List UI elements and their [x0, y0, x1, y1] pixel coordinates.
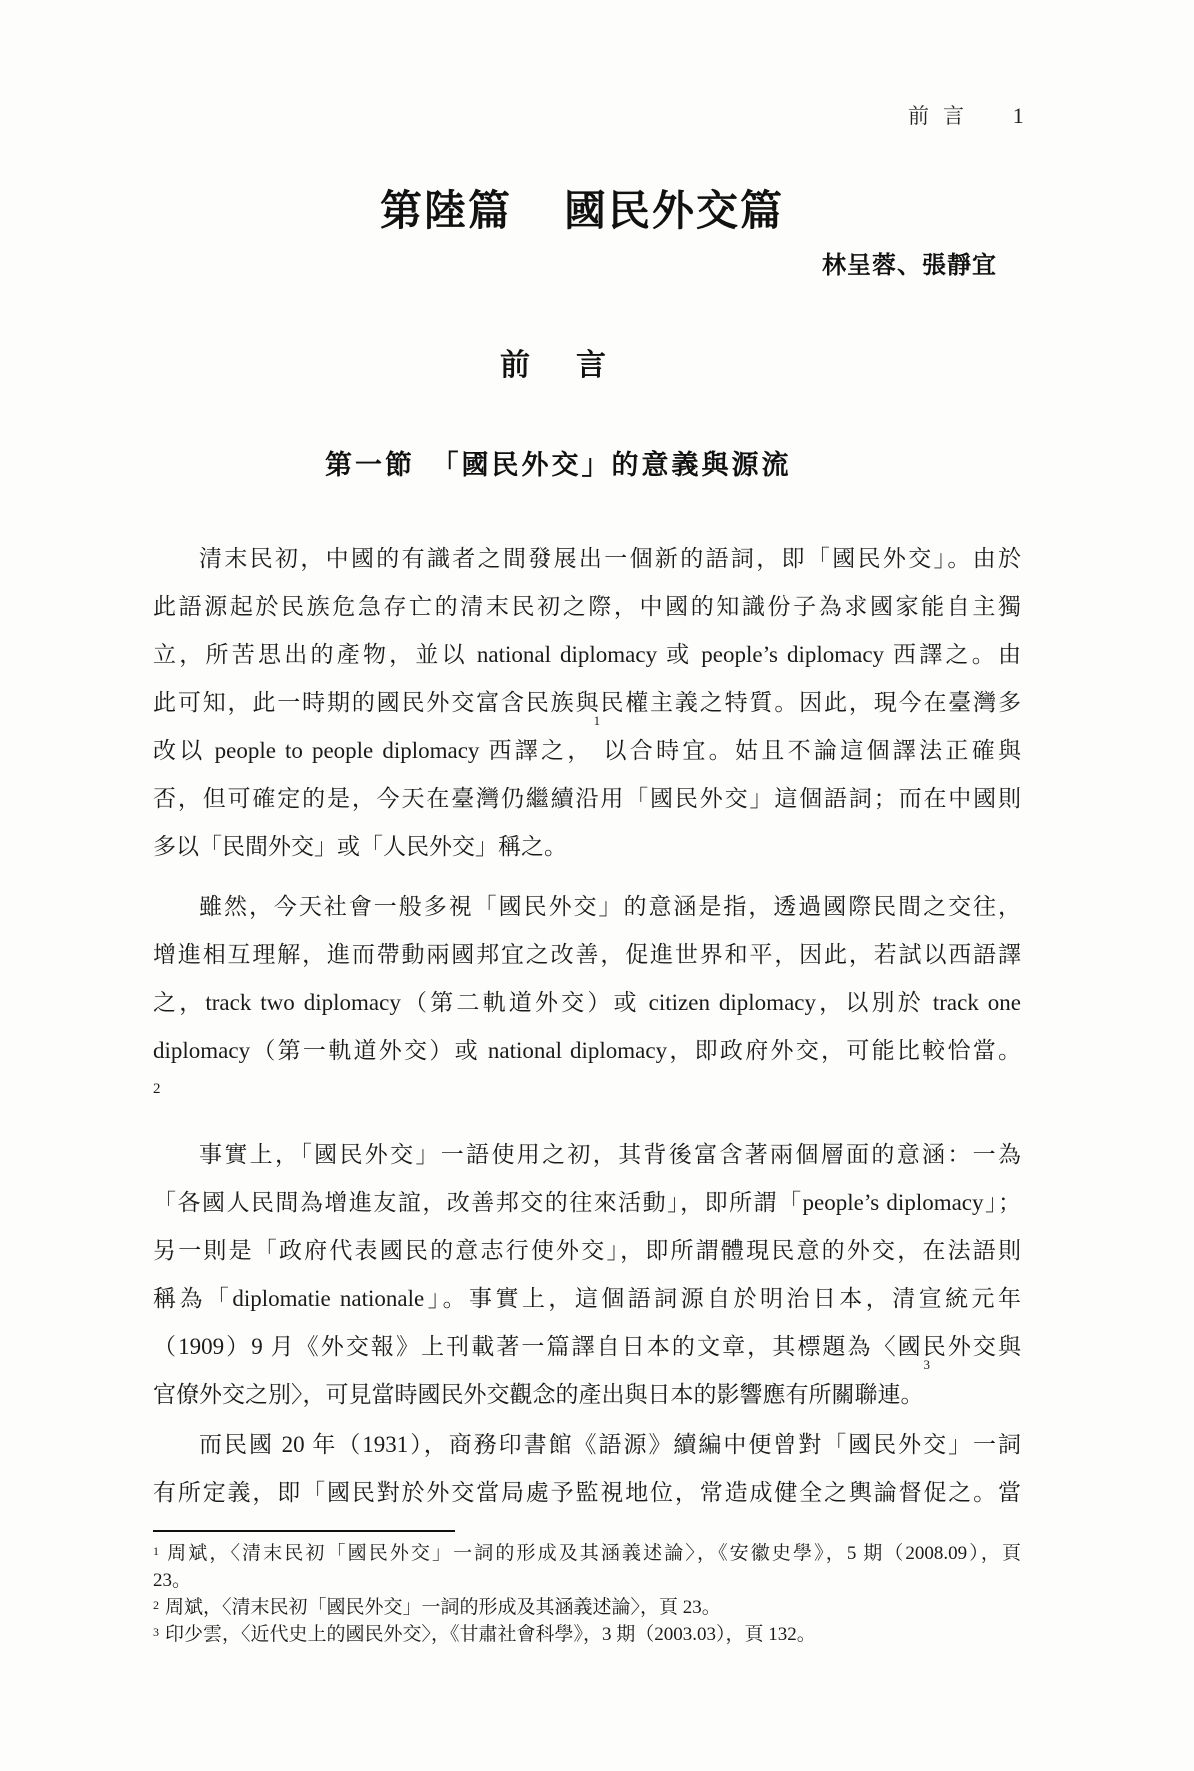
footnote-2: 2周斌，〈清末民初「國民外交」一詞的形成及其涵義述論〉，頁 23。	[153, 1594, 1021, 1621]
text-line: 此可知，此一時期的國民外交富含民族與民權主義之特質。因此，現今在臺灣多	[153, 679, 1021, 727]
text-line: 事實上，「國民外交」一語使用之初，其背後富含著兩個層面的意涵：一為	[153, 1131, 1021, 1179]
footnote-text: 3印少雲，〈近代史上的國民外交〉，《甘肅社會科學》，3 期（2003.03），頁…	[153, 1621, 1021, 1648]
text-line-with-footnote: 改以 people to people diplomacy 西譯之，1以合時宜。…	[153, 727, 1021, 775]
footnote-number: 2	[153, 1598, 159, 1612]
part-name: 國民外交篇	[564, 186, 784, 235]
authors: 林呈蓉、張靜宜	[822, 245, 997, 280]
part-number: 第陸篇	[380, 186, 512, 235]
text-line: 之，track two diplomacy（第二軌道外交）或 citizen d…	[153, 979, 1021, 1027]
text-line-with-footnote: 官僚外交之別〉，可見當時國民外交觀念的產出與日本的影響應有所關聯連。3	[153, 1371, 1021, 1419]
text-line: diplomacy（第一軌道外交）或 national diplomacy，即政…	[153, 1027, 1021, 1075]
running-head: 前言 1	[908, 100, 1024, 130]
footnote-ref[interactable]: 3	[924, 1357, 931, 1372]
footnote-ref[interactable]: 2	[153, 1075, 1021, 1115]
text-line: 「各國人民間為增進友誼，改善邦交的往來活動」，即所謂「people’s dipl…	[153, 1179, 1021, 1227]
text-line: 增進相互理解，進而帶動兩國邦宜之改善，促進世界和平，因此，若試以西語譯	[153, 931, 1021, 979]
footnotes: 1周斌，〈清末民初「國民外交」一詞的形成及其涵義述論〉，《安徽史學》，5 期（2…	[153, 1540, 1021, 1648]
footnote-number: 3	[153, 1625, 159, 1639]
section-heading: 第一節 「國民外交」的意義與源流	[325, 443, 792, 482]
footnote-separator	[153, 1530, 455, 1532]
footnote-number: 1	[153, 1544, 159, 1558]
text-line: 此語源起於民族危急存亡的清末民初之際，中國的知識份子為求國家能自主獨	[153, 583, 1021, 631]
footnote-ref[interactable]: 1	[594, 713, 601, 728]
footnote-text: 1周斌，〈清末民初「國民外交」一詞的形成及其涵義述論〉，《安徽史學》，5 期（2…	[153, 1540, 1021, 1567]
text-line: 清末民初，中國的有識者之間發展出一個新的語詞，即「國民外交」。由於	[153, 535, 1021, 583]
footnote-text: 2周斌，〈清末民初「國民外交」一詞的形成及其涵義述論〉，頁 23。	[153, 1594, 1021, 1621]
page-number: 1	[1013, 103, 1024, 129]
footnote-1: 1周斌，〈清末民初「國民外交」一詞的形成及其涵義述論〉，《安徽史學》，5 期（2…	[153, 1540, 1021, 1594]
paragraph: 而民國 20 年（1931），商務印書館《語源》續編中便曾對「國民外交」一詞 有…	[153, 1421, 1021, 1517]
part-title: 第陸篇國民外交篇	[380, 178, 784, 238]
footnote-text: 23。	[153, 1567, 1021, 1594]
paragraph: 事實上，「國民外交」一語使用之初，其背後富含著兩個層面的意涵：一為 「各國人民間…	[153, 1131, 1021, 1419]
footnote-3: 3印少雲，〈近代史上的國民外交〉，《甘肅社會科學》，3 期（2003.03），頁…	[153, 1621, 1021, 1648]
text-line: 另一則是「政府代表國民的意志行使外交」，即所謂體現民意的外交，在法語則	[153, 1227, 1021, 1275]
text-line: 有所定義，即「國民對於外交當局處予監視地位，常造成健全之輿論督促之。當	[153, 1469, 1021, 1517]
text-line: 而民國 20 年（1931），商務印書館《語源》續編中便曾對「國民外交」一詞	[153, 1421, 1021, 1469]
running-head-title: 前言	[908, 104, 978, 128]
paragraph: 清末民初，中國的有識者之間發展出一個新的語詞，即「國民外交」。由於 此語源起於民…	[153, 535, 1021, 871]
body-text: 清末民初，中國的有識者之間發展出一個新的語詞，即「國民外交」。由於 此語源起於民…	[153, 535, 1021, 1517]
text-line: （1909）9 月《外交報》上刊載著一篇譯自日本的文章，其標題為〈國民外交與	[153, 1323, 1021, 1371]
text-line: 稱為「diplomatie nationale」。事實上，這個語詞源自於明治日本…	[153, 1275, 1021, 1323]
text-line: 否，但可確定的是，今天在臺灣仍繼續沿用「國民外交」這個語詞；而在中國則	[153, 775, 1021, 823]
preface-heading: 前言	[500, 340, 652, 384]
text-line: 立，所苦思出的產物，並以 national diplomacy 或 people…	[153, 631, 1021, 679]
document-page: 前言 1 第陸篇國民外交篇 林呈蓉、張靜宜 前言 第一節 「國民外交」的意義與源…	[0, 0, 1194, 1771]
text-line: 多以「民間外交」或「人民外交」稱之。	[153, 823, 1021, 871]
text-line: 雖然，今天社會一般多視「國民外交」的意涵是指，透過國際民間之交往，	[153, 883, 1021, 931]
paragraph: 雖然，今天社會一般多視「國民外交」的意涵是指，透過國際民間之交往， 增進相互理解…	[153, 883, 1021, 1075]
